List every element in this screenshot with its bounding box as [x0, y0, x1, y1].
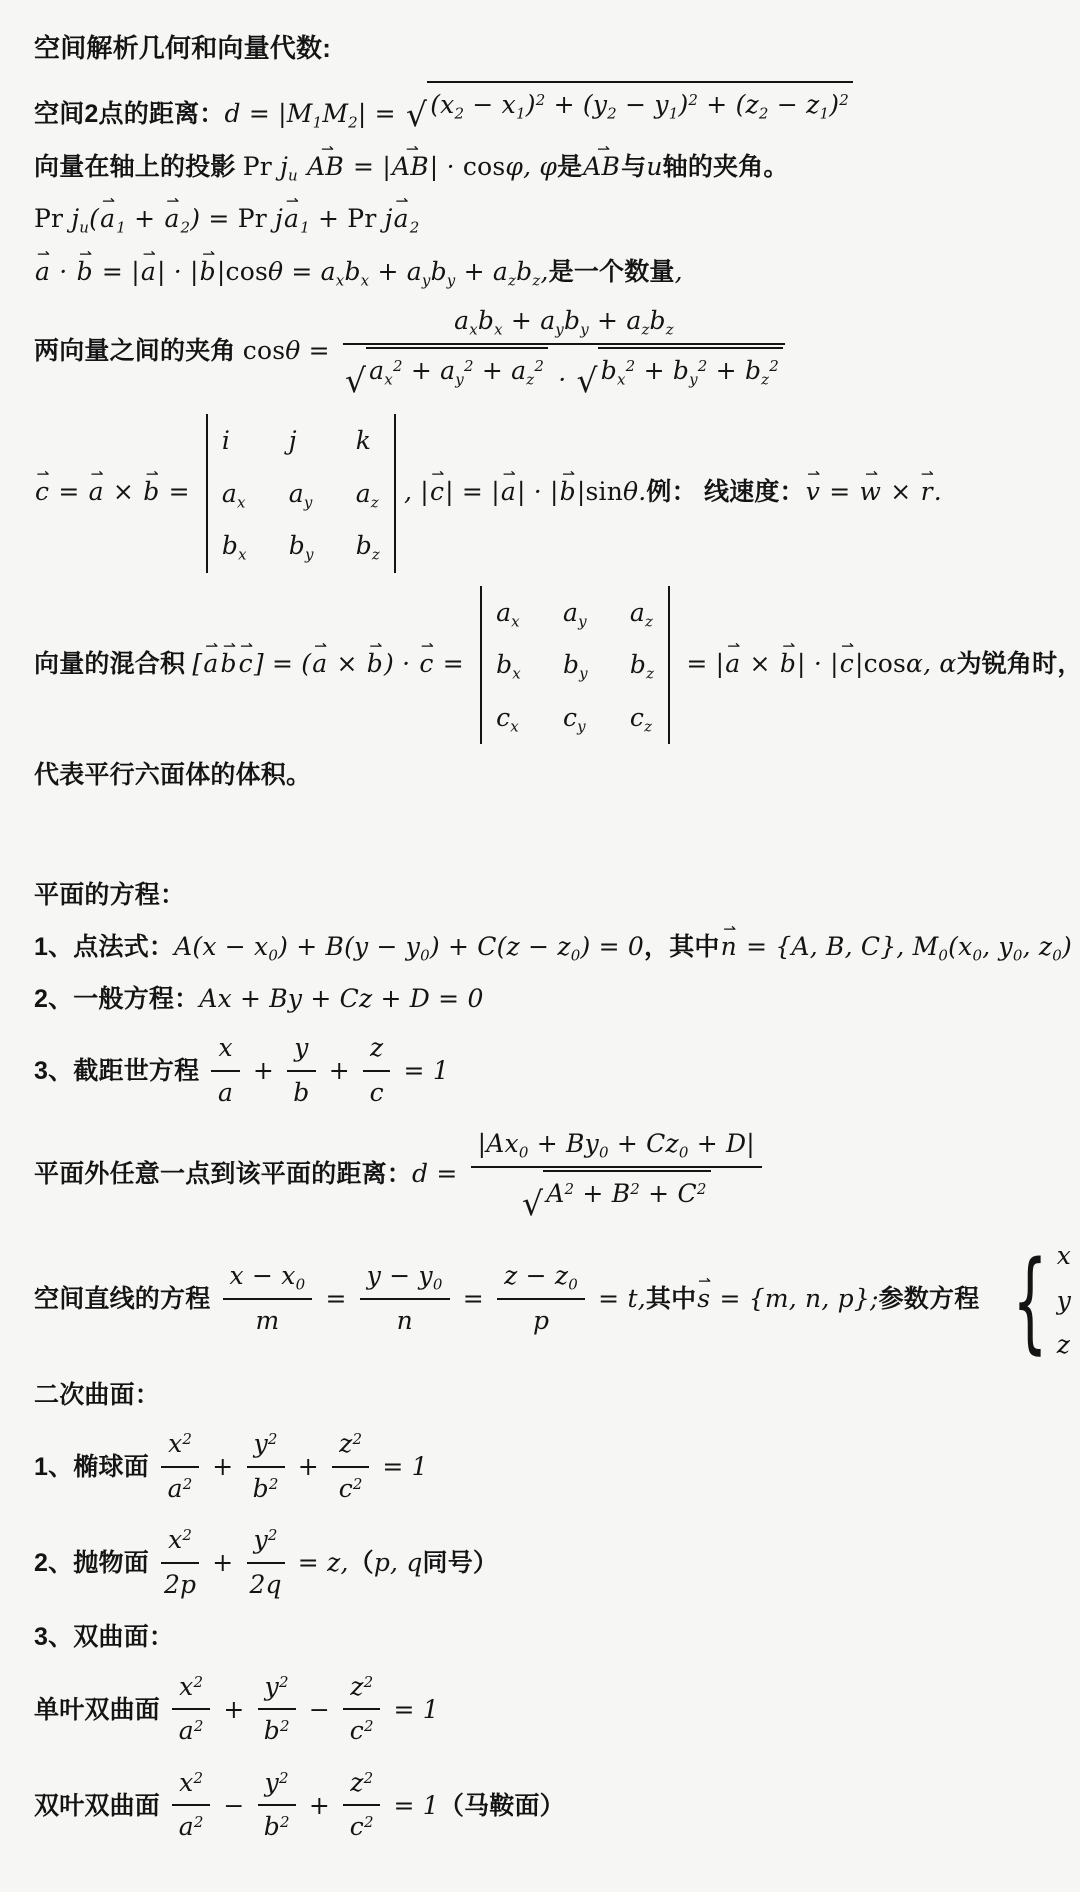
paragraph-break [34, 808, 1046, 864]
math-text: × [105, 477, 142, 506]
square-root: √bx2 + by2 + bz2 [577, 347, 783, 391]
math-text: x [179, 1672, 193, 1701]
math-text: − [215, 1791, 252, 1820]
fraction: x − x0m [223, 1257, 313, 1340]
math-text: z [350, 1672, 363, 1701]
vector-symbol: s [696, 1279, 711, 1318]
math-text: j [385, 204, 393, 233]
superscript: 2 [364, 1813, 374, 1831]
subscript: 2 [410, 218, 420, 236]
math-text: = t, [590, 1284, 646, 1313]
subscript: x [511, 612, 520, 630]
quadric-surfaces-heading: 二次曲面： [34, 1377, 1046, 1415]
equation-row: z = z0 + pt [1057, 1326, 1080, 1364]
math-text: a [179, 1812, 194, 1841]
vector-symbol: b [142, 472, 160, 511]
fraction-numerator: x2 [172, 1764, 210, 1807]
radical-sign: √ [345, 368, 366, 394]
math-text: + [245, 1056, 282, 1085]
vector-symbol: AB [306, 147, 345, 186]
fraction-numerator: y2 [258, 1668, 296, 1711]
equation-system: {x = x0 + mty = y0 + ntz = z0 + pt [995, 1237, 1080, 1364]
determinant-cell: k [356, 422, 380, 460]
fraction-numerator: z2 [343, 1764, 380, 1807]
math-text: , [675, 257, 683, 286]
subscript: 1 [516, 104, 526, 122]
math-text: M [322, 99, 348, 128]
math-text: + (y [545, 90, 607, 119]
math-text: = [435, 649, 472, 678]
cn-text: 平面外任意一点到该平面的距离： [34, 1160, 412, 1188]
vector-symbol: a [140, 252, 157, 291]
superscript: 2 [630, 1179, 640, 1197]
math-text: c [563, 703, 577, 732]
vectors-angle-formula: 两向量之间的夹角 cosθ = axbx + ayby + azbz√ax2 +… [34, 304, 1046, 401]
vector-symbol: a [88, 472, 105, 511]
math-text: = | [345, 152, 391, 181]
cn-text: 空间直线的方程 [34, 1285, 218, 1313]
superscript: 2 [279, 1673, 289, 1691]
subscript: y [580, 320, 589, 338]
math-text: z [370, 1033, 383, 1062]
fraction: zc [363, 1029, 390, 1112]
determinant-cell: cy [563, 699, 588, 737]
vector-symbol: a [393, 199, 410, 238]
math-text: + a [455, 257, 508, 286]
cn-text: 同号） [423, 1549, 499, 1577]
fraction: x2a2 [172, 1764, 210, 1847]
math-text: c [350, 1716, 364, 1745]
cn-text: 是一个数量 [549, 258, 675, 286]
math-text: c [370, 1078, 384, 1107]
math-text: · [550, 365, 574, 394]
math-text: = 1 [374, 1452, 428, 1481]
fraction-denominator: c2 [343, 1806, 380, 1847]
math-text: a [356, 479, 371, 508]
math-text: + a [503, 306, 556, 335]
math-text: b [293, 1078, 309, 1107]
subscript: 0 [296, 1275, 306, 1293]
square-root: √(x2 − x1)2 + (y2 − y1)2 + (z2 − z1)2 [406, 81, 853, 125]
subscript: 0 [679, 1143, 689, 1161]
subscript: 1 [819, 104, 829, 122]
superscript: 2 [698, 356, 708, 374]
superscript: 2 [268, 1430, 278, 1448]
math-text: y [265, 1672, 279, 1701]
fraction-numerator: x2 [161, 1521, 199, 1564]
math-roman: Pr [238, 204, 275, 233]
math-text: + [204, 1452, 241, 1481]
superscript: 2 [194, 1717, 204, 1735]
math-text: + [215, 1695, 252, 1724]
cn-text: ，其中 [644, 933, 720, 961]
math-text: ) + C(z − z [430, 932, 571, 961]
math-text: m [255, 1306, 279, 1335]
determinant-cell: bz [630, 646, 654, 684]
subscript: 0 [571, 946, 581, 964]
superscript: 2 [697, 1179, 707, 1197]
math-text: a [630, 598, 645, 627]
math-text: a [222, 479, 237, 508]
math-text: b [344, 257, 360, 286]
determinant-cell: cx [496, 699, 521, 737]
cn-text: 2、抛物面 [34, 1549, 156, 1577]
math-text: 2q [249, 1570, 281, 1599]
math-text: = [455, 1284, 492, 1313]
math-text: = 1 [385, 1791, 439, 1820]
radicand: ax2 + ay2 + az2 [366, 347, 548, 391]
math-text: ) · [384, 649, 418, 678]
math-text: = | [94, 257, 140, 286]
math-text: ) = [190, 204, 237, 233]
superscript: 2 [626, 356, 636, 374]
subscript: x [384, 370, 393, 388]
fraction-denominator: 2q [247, 1564, 285, 1605]
fraction-numerator: x2 [161, 1425, 199, 1468]
superscript: 2 [194, 1813, 204, 1831]
math-text: θ = a [268, 257, 336, 286]
fraction-numerator: y2 [247, 1425, 285, 1468]
math-text: = 1 [385, 1695, 439, 1724]
math-text: + C [640, 1179, 697, 1208]
cn-text: 二次曲面： [34, 1381, 160, 1409]
cn-text: 2、一般方程： [34, 985, 199, 1013]
math-text: + [204, 1548, 241, 1577]
superscript: 2 [839, 91, 849, 109]
point-distance-formula: 空间2点的距离：d = |M1M2| = √(x2 − x1)2 + (y2 −… [34, 81, 1046, 134]
math-text: ) [678, 90, 688, 119]
math-text: + b [635, 356, 689, 385]
math-text: b [601, 356, 617, 385]
math-text: × [741, 649, 778, 678]
vector-symbol: c [418, 644, 434, 683]
math-text: × [328, 649, 365, 678]
math-text: j [289, 426, 297, 455]
vector-symbol: AB [582, 147, 621, 186]
math-text: | · | [157, 257, 199, 286]
subscript: 1 [313, 113, 323, 131]
subscript: x [510, 717, 519, 735]
fraction: y2b2 [258, 1668, 296, 1751]
math-text: d = |M [225, 99, 313, 128]
subscript: y [578, 612, 587, 630]
math-text: = [160, 477, 197, 506]
math-text: u [646, 152, 662, 181]
cn-text: 1、椭球面 [34, 1453, 156, 1481]
math-text: ) [1062, 932, 1072, 961]
vector-symbol: c [34, 472, 50, 511]
subscript: 0 [433, 1275, 443, 1293]
math-text: x = x [1057, 1241, 1080, 1270]
math-text: j [280, 152, 288, 181]
fraction-numerator: |Ax0 + By0 + Cz0 + D| [471, 1125, 762, 1168]
fraction-numerator: y2 [258, 1764, 296, 1807]
subscript: y [555, 320, 564, 338]
math-text: a [179, 1716, 194, 1745]
math-text: | = | [445, 477, 500, 506]
fraction-denominator: p [497, 1300, 585, 1341]
math-text: b [356, 531, 372, 560]
document-title: 空间解析几何和向量代数: [34, 29, 1046, 68]
subscript: 2 [181, 218, 191, 236]
fraction-denominator: c [363, 1072, 390, 1113]
math-text: = | [678, 649, 724, 678]
vector-symbol: a [202, 644, 219, 683]
math-text: a [289, 479, 304, 508]
math-text: b [431, 257, 447, 286]
math-text: Ax + By + Cz + D = 0 [199, 984, 483, 1013]
fraction: axbx + ayby + azbz√ax2 + ay2 + az2 · √bx… [343, 302, 785, 399]
subscript: z [508, 271, 516, 289]
math-text: x [218, 1033, 232, 1062]
cn-text: 1、点法式： [34, 933, 174, 961]
math-text: = [317, 1284, 354, 1313]
cn-text: 为锐角时， [957, 650, 1080, 678]
fraction: y − y0n [360, 1257, 450, 1340]
cross-product-formula: c = a × b = ijkaxayazbxbybz, |c| = |a| ·… [34, 414, 1046, 573]
math-text: − x [464, 90, 516, 119]
subscript: 1 [300, 218, 310, 236]
math-text: A(x − x [174, 932, 268, 961]
math-text: , y [982, 932, 1013, 961]
fraction-denominator: c2 [332, 1468, 369, 1509]
math-text: + [321, 1056, 358, 1085]
math-text: j [275, 204, 283, 233]
math-text: + By [529, 1129, 599, 1158]
space-line-equation: 空间直线的方程 x − x0m = y − y0n = z − z0p = t,… [34, 1237, 1046, 1364]
determinant-cell: az [356, 475, 380, 513]
cn-text: 其中 [646, 1285, 696, 1313]
fraction-numerator: y − y0 [360, 1257, 450, 1300]
determinant-cell: bx [222, 527, 247, 565]
math-text: . [934, 477, 942, 506]
two-sheet-hyperboloid-formula: 双叶双曲面 x2a2 − y2b2 + z2c2 = 1（马鞍面） [34, 1766, 1046, 1849]
vector-symbol: a [283, 199, 300, 238]
vector-symbol: b [559, 472, 577, 511]
math-text: | [855, 649, 864, 678]
fraction: z2c2 [343, 1764, 380, 1847]
math-text [298, 152, 306, 181]
math-text: | · | [517, 477, 559, 506]
math-text: α, α [906, 649, 956, 678]
cn-text: 单叶双曲面 [34, 1696, 167, 1724]
superscript: 2 [280, 1813, 290, 1831]
fraction: x2a2 [161, 1425, 199, 1508]
fraction-numerator: x2 [172, 1668, 210, 1711]
math-roman: cos [463, 152, 505, 181]
subscript: y [579, 664, 588, 682]
determinant-cell: ax [222, 475, 247, 513]
determinant: axayazbxbybzcxcycz [480, 586, 670, 745]
subscript: z [372, 545, 380, 563]
subscript: y [689, 370, 698, 388]
fraction-denominator: a2 [172, 1806, 210, 1847]
determinant-cell: ay [563, 594, 588, 632]
fraction: yb [287, 1029, 315, 1112]
vector-symbol: b [199, 252, 217, 291]
math-text: a [218, 1078, 233, 1107]
math-text: , | [404, 477, 429, 506]
subscript: x [237, 493, 246, 511]
determinant-cell: bx [496, 646, 521, 684]
math-text: + a [369, 257, 422, 286]
cn-text: 双叶双曲面 [34, 1792, 167, 1820]
subscript: 0 [1013, 946, 1023, 964]
math-text: (x [430, 90, 454, 119]
math-text: b [289, 531, 305, 560]
math-text: y [265, 1768, 279, 1797]
fraction-numerator: z2 [332, 1425, 369, 1468]
math-text: + b [708, 356, 762, 385]
determinant-cell: ay [289, 475, 314, 513]
math-text: p, q [374, 1548, 423, 1577]
cn-text: （马鞍面） [439, 1792, 565, 1820]
superscript: 2 [268, 1526, 278, 1544]
math-text: c [496, 703, 510, 732]
math-text: y [294, 1033, 308, 1062]
math-text: x [168, 1525, 182, 1554]
fraction: z2c2 [332, 1425, 369, 1508]
math-text: = {m, n, p}; [711, 1284, 878, 1313]
math-text: x − x [230, 1261, 296, 1290]
math-text: , z [1023, 932, 1053, 961]
math-text: (x [948, 932, 972, 961]
math-text: + a [403, 356, 456, 385]
superscript: 2 [193, 1769, 203, 1787]
math-roman: Pr [243, 152, 280, 181]
math-roman: Pr [34, 204, 71, 233]
fraction-denominator: a2 [172, 1710, 210, 1751]
math-text: b [222, 531, 238, 560]
math-text: b [253, 1474, 269, 1503]
math-text: − z [769, 90, 820, 119]
determinant-cell: bz [356, 527, 380, 565]
superscript: 2 [364, 1673, 374, 1691]
math-text: + [290, 1452, 327, 1481]
subscript: 2 [454, 104, 464, 122]
vector-symbol: a [311, 644, 328, 683]
vector-symbol: a [163, 199, 180, 238]
fraction-denominator: m [223, 1300, 313, 1341]
math-text: p [533, 1306, 549, 1335]
math-text: b [264, 1716, 280, 1745]
superscript: 2 [464, 356, 474, 374]
fraction: y2b2 [258, 1764, 296, 1847]
superscript: 2 [364, 1769, 374, 1787]
ellipsoid-formula: 1、椭球面 x2a2 + y2b2 + z2c2 = 1 [34, 1427, 1046, 1510]
determinant-cell: az [630, 594, 654, 632]
fraction-numerator: y [287, 1029, 315, 1072]
fraction: x2a2 [172, 1668, 210, 1751]
subscript: y [577, 717, 586, 735]
math-roman: Pr [347, 204, 384, 233]
fraction-denominator: √ax2 + ay2 + az2 · √bx2 + by2 + bz2 [343, 345, 785, 400]
subscript: 2 [607, 104, 617, 122]
subscript: 1 [116, 218, 126, 236]
square-root: √ax2 + ay2 + az2 [345, 347, 548, 391]
vector-symbol: n [720, 927, 738, 966]
math-roman: cos [864, 649, 906, 678]
mixed-product-formula: 向量的混合积 [abc] = (a × b) · c = axayazbxbyb… [34, 586, 1046, 745]
superscript: 2 [269, 1475, 279, 1493]
superscript: 2 [182, 1430, 192, 1448]
cn-text: 与 [621, 153, 646, 181]
subscript: 0 [1052, 946, 1062, 964]
fraction-numerator: y2 [247, 1521, 285, 1564]
math-text: ( [89, 204, 99, 233]
math-text: y − y [367, 1261, 433, 1290]
vector-symbol: c [429, 472, 445, 511]
plane-equations-heading: 平面的方程： [34, 877, 1046, 915]
parallelepiped-volume-note: 代表平行六面体的体积。 [34, 757, 1046, 795]
math-text: z [350, 1768, 363, 1797]
one-sheet-hyperboloid-formula: 单叶双曲面 x2a2 + y2b2 − z2c2 = 1 [34, 1670, 1046, 1753]
superscript: 2 [193, 1673, 203, 1691]
subscript: z [645, 612, 653, 630]
projection-sum-formula: Pr ju(a1 + a2) = Pr ja1 + Pr ja2 [34, 199, 1046, 239]
math-text: a [168, 1474, 183, 1503]
fraction-numerator: axbx + ayby + azbz [343, 302, 785, 345]
fraction-denominator: √A2 + B2 + C2 [471, 1168, 762, 1223]
math-text: z = z [1057, 1330, 1080, 1359]
cn-text: 两向量之间的夹角 [34, 337, 243, 365]
subscript: 2 [759, 104, 769, 122]
cn-text: 3、双曲面： [34, 1623, 174, 1651]
vector-symbol: a [500, 472, 517, 511]
math-text: · [51, 257, 75, 286]
math-text: a [454, 306, 469, 335]
general-form: 2、一般方程：Ax + By + Cz + D = 0 [34, 980, 1046, 1019]
cn-text: （ [349, 1549, 374, 1577]
subscript: y [455, 370, 464, 388]
math-text: k [356, 426, 371, 455]
radicand: (x2 − x1)2 + (y2 − y1)2 + (z2 − z1)2 [427, 81, 853, 125]
math-text: + [126, 204, 163, 233]
math-text: z [339, 1429, 352, 1458]
point-plane-distance-formula: 平面外任意一点到该平面的距离：d = |Ax0 + By0 + Cz0 + D|… [34, 1127, 1046, 1224]
fraction-denominator: c2 [343, 1710, 380, 1751]
determinant-cell: ax [496, 594, 521, 632]
math-text: , [540, 257, 548, 286]
determinant: ijkaxayazbxbybz [206, 414, 396, 573]
math-text: b [264, 1812, 280, 1841]
vector-symbol: a [724, 644, 741, 683]
math-text: ] = ( [254, 649, 311, 678]
fraction: x22p [161, 1521, 199, 1604]
superscript: 2 [353, 1475, 363, 1493]
math-text: x [168, 1429, 182, 1458]
math-text: + Cz [609, 1129, 679, 1158]
subscript: x [469, 320, 478, 338]
math-text: = 1 [395, 1056, 449, 1085]
superscript: 2 [182, 1526, 192, 1544]
math-text: ) + B(y − y [278, 932, 420, 961]
equation-row: x = x0 + mt [1057, 1237, 1080, 1275]
math-text: |Ax [478, 1129, 519, 1158]
fraction: y2b2 [247, 1425, 285, 1508]
math-text: = z, [290, 1548, 349, 1577]
fraction-denominator: b2 [247, 1468, 285, 1509]
math-text: [ [192, 649, 202, 678]
subscript: 0 [519, 1143, 529, 1161]
vector-symbol: b [779, 644, 797, 683]
subscript: 0 [972, 946, 982, 964]
vector-symbol: r [920, 472, 934, 511]
math-text: b [563, 650, 579, 679]
cn-text: 空间2点的距离： [34, 100, 225, 128]
fraction-denominator: a [211, 1072, 239, 1113]
point-normal-form: 1、点法式：A(x − x0) + B(y − y0) + C(z − z0) … [34, 927, 1046, 967]
